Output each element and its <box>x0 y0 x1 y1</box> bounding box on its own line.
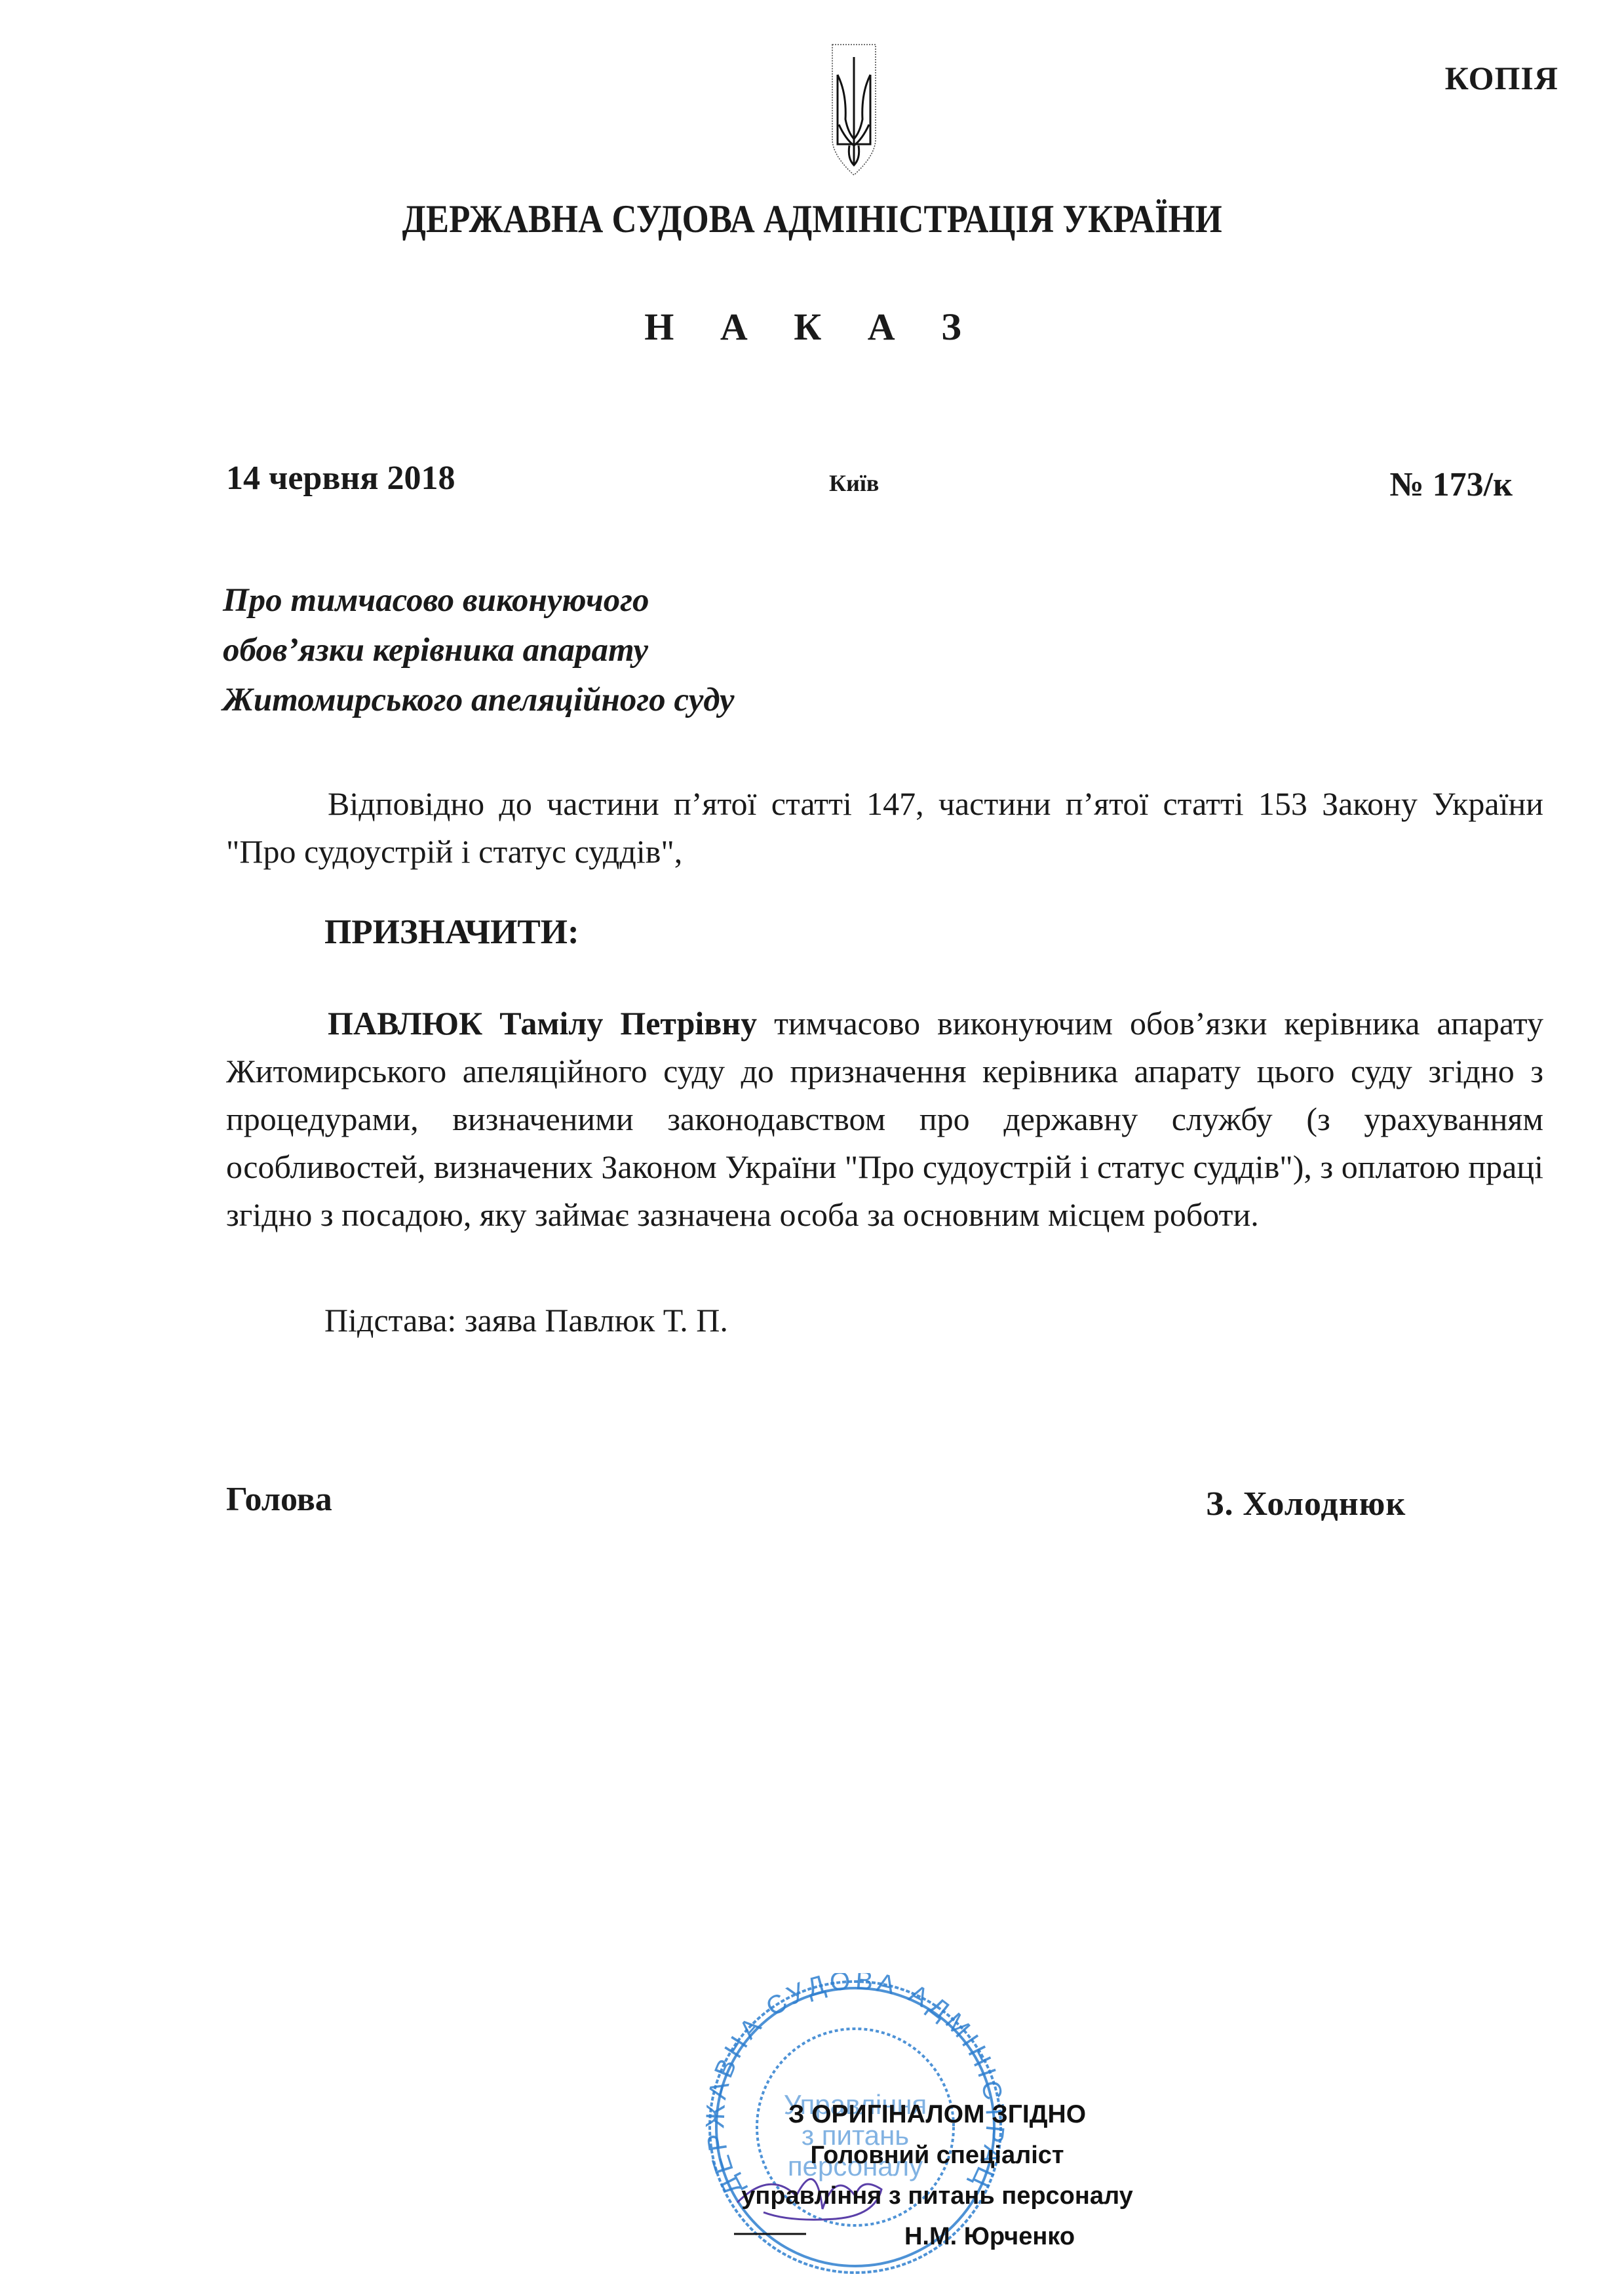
legal-basis-paragraph: Відповідно до частини п’ятої статті 147,… <box>226 780 1543 876</box>
organization-name: ДЕРЖАВНА СУДОВА АДМІНІСТРАЦІЯ УКРАЇНИ <box>98 197 1527 242</box>
certification-line: З ОРИГІНАЛОМ ЗГІДНО <box>721 2094 1153 2135</box>
certification-line: Головний спеціаліст <box>721 2135 1153 2176</box>
appointment-paragraph: ПАВЛЮК Тамілу Петрівну тимчасово виконую… <box>226 1000 1543 1239</box>
appointee-name: ПАВЛЮК Тамілу Петрівну <box>328 1005 757 1042</box>
copy-mark: КОПІЯ <box>1445 59 1558 97</box>
document-type: Н А К А З <box>0 305 1624 349</box>
subject-line: Житомирського апеляційного суду <box>223 675 734 725</box>
document-number: № 173/к <box>1389 465 1513 504</box>
document-meta: 14 червня 2018 Київ № 173/к <box>226 459 1513 511</box>
certification-line: управління з питань персоналу <box>721 2176 1153 2216</box>
subject-line: обов’язки керівника апарату <box>223 625 734 675</box>
document-city: Київ <box>829 469 879 497</box>
certification-block: З ОРИГІНАЛОМ ЗГІДНО Головний спеціаліст … <box>721 2094 1153 2257</box>
certification-signatory: Н.М. Юрченко <box>721 2216 1153 2257</box>
document-date: 14 червня 2018 <box>226 459 455 498</box>
legal-basis-text: Відповідно до частини п’ятої статті 147,… <box>226 785 1543 870</box>
resolution-heading: ПРИЗНАЧИТИ: <box>324 912 579 952</box>
subject-line: Про тимчасово виконуючого <box>223 576 734 625</box>
signatory-position: Голова <box>226 1480 332 1519</box>
signatory-name: З. Холоднюк <box>1206 1485 1406 1523</box>
document-subject: Про тимчасово виконуючого обов’язки кері… <box>223 576 734 725</box>
grounds: Підстава: заява Павлюк Т. П. <box>324 1301 728 1339</box>
coat-of-arms-icon <box>831 41 877 178</box>
